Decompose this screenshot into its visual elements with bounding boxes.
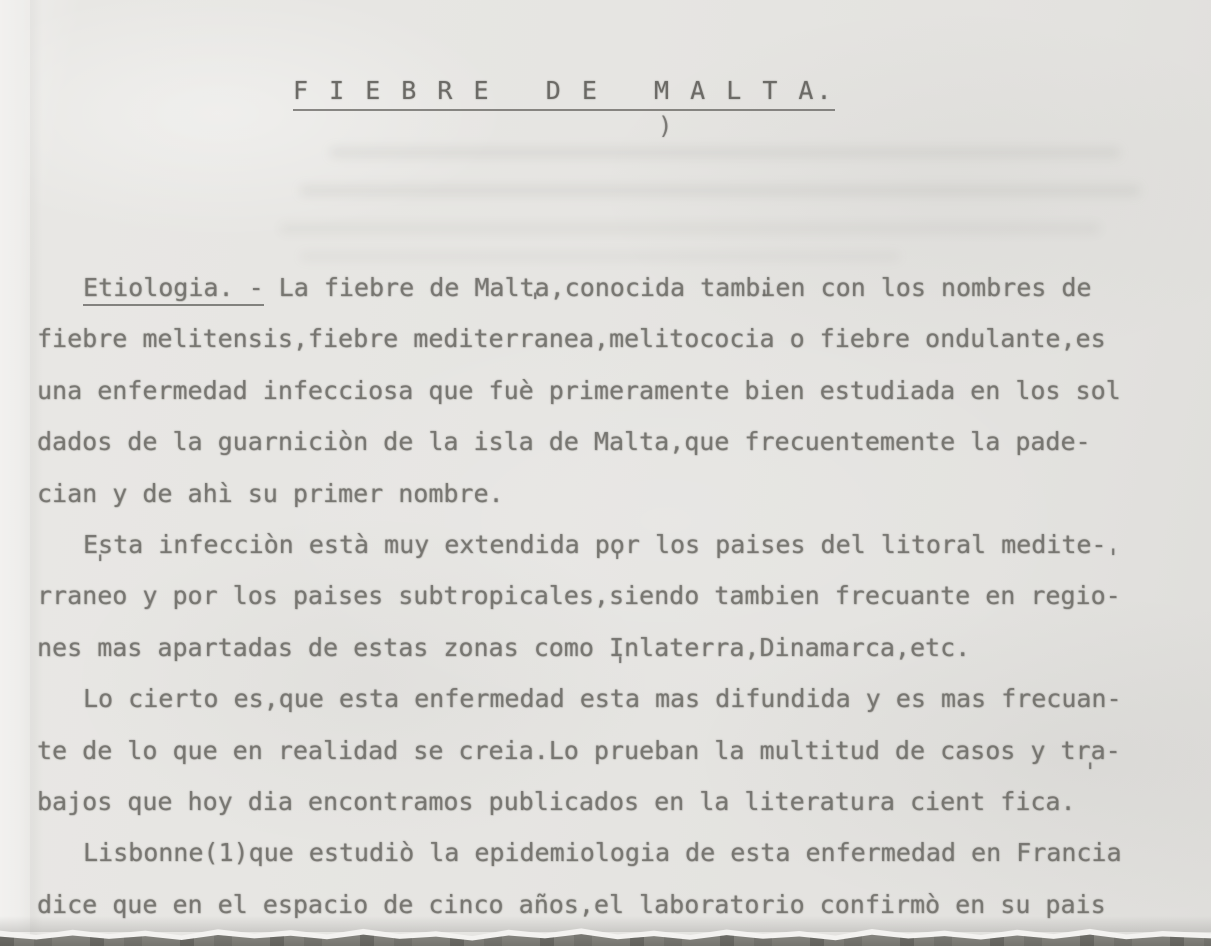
stray-accent-mark: '	[610, 548, 624, 576]
document-title: F I E B R E D E M A L T A.	[293, 76, 835, 111]
torn-edge-shadow	[0, 916, 1211, 932]
text-line: fiebre melitensis,fiebre mediterranea,me…	[37, 313, 1177, 364]
text-line: cian y de ahì su primer nombre.	[37, 468, 1177, 519]
ghost-bleedthrough-line	[300, 186, 1140, 195]
text-line: te de lo que en realidad se creia.Lo pru…	[37, 725, 1177, 776]
stray-accent-mark: '	[757, 285, 771, 313]
underlined-lead: Etiologia. -	[83, 273, 264, 306]
stray-accent-mark: '	[528, 288, 542, 316]
ghost-bleedthrough-line	[280, 224, 1100, 233]
document-body: Etiologia. - La fiebre de Malta,conocida…	[37, 262, 1177, 930]
stray-accent-mark: )	[658, 112, 672, 140]
paper-left-edge	[0, 0, 34, 946]
text-line: una enfermedad infecciosa que fuè primer…	[37, 365, 1177, 416]
text-line: Etiologia. - La fiebre de Malta,conocida…	[37, 262, 1177, 313]
stray-accent-mark: '	[613, 652, 627, 680]
text-line: Esta infecciòn està muy extendida por lo…	[37, 519, 1177, 570]
text-line: Lo cierto es,que esta enfermedad esta ma…	[37, 673, 1177, 724]
text-line: rraneo y por los paises subtropicales,si…	[37, 570, 1177, 621]
ghost-bleedthrough-line	[300, 252, 900, 261]
text-line: nes mas apartadas de estas zonas como In…	[37, 622, 1177, 673]
ghost-bleedthrough-line	[330, 148, 1120, 157]
stray-accent-mark: '	[93, 550, 107, 578]
stray-accent-mark: '	[1106, 544, 1120, 572]
text-line: dados de la guarniciòn de la isla de Mal…	[37, 416, 1177, 467]
scanned-document-page: F I E B R E D E M A L T A. Etiologia. - …	[0, 0, 1211, 946]
text-line: bajos que hoy dia encontramos publicados…	[37, 776, 1177, 827]
stray-accent-mark: '	[1083, 758, 1097, 786]
text-line: Lisbonne(1)que estudiò la epidemiologia …	[37, 827, 1177, 878]
